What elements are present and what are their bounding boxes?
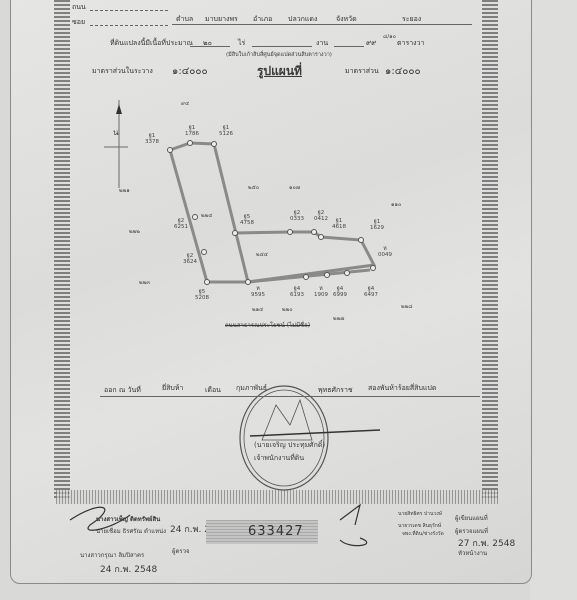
official-title: เจ้าพนักงานที่ดิน — [254, 453, 304, 464]
parcel-number: ๒๒๐ — [282, 307, 293, 313]
left-role: ผู้ตรวจ — [172, 546, 190, 556]
issue-prefix: ออก ณ วันที่ — [104, 385, 141, 396]
issue-era-label: พุทธศักราช — [318, 385, 353, 396]
parcel-number: ๙๔ — [181, 101, 189, 107]
right-role-1: ผู้เขียนแผนที่ — [455, 513, 488, 523]
parcel-number: ๒๒๑ — [119, 188, 130, 194]
issue-year: สองพันห้าร้อยสี่สิบแปด — [368, 383, 436, 394]
parcel-number: ๒๒๗ — [333, 316, 344, 322]
survey-marker: ฐ55208 — [195, 289, 209, 301]
survey-marker: ฐ20333 — [290, 210, 304, 222]
survey-marker: ฐ23624 — [183, 253, 197, 265]
left-signer-3: นางสาวกรุณา ลิมปิสาคร — [80, 550, 144, 560]
right-signer-2: นายวรเดช สินธุรักษ์ — [398, 522, 441, 530]
left-signer-1: นางสาวเพ็ญ ติดทรัพย์สิน — [96, 514, 160, 524]
north-label: น — [113, 126, 118, 139]
survey-map — [0, 0, 577, 600]
survey-marker: ห0049 — [378, 246, 392, 258]
issue-day: ยี่สิบห้า — [162, 383, 183, 394]
parcel-number: ๑๐๗ — [289, 185, 300, 191]
survey-marker: ฐ46193 — [290, 286, 304, 298]
right-role-3: หัวหน้างาน — [458, 548, 487, 558]
survey-marker: ฐ20412 — [314, 210, 328, 222]
parcel-number-subject: ๒๔๔ — [256, 252, 268, 258]
parcel-number: ๒๕๐ — [248, 185, 259, 191]
official-name: (นายเจริญ ประทุมศักดิ์) — [254, 440, 325, 451]
parcel-number: ๒๒๒ — [129, 229, 140, 235]
parcel-number: ๒๒๔ — [201, 213, 212, 219]
survey-marker: ฐ46999 — [333, 286, 347, 298]
survey-marker: ฐ13378 — [145, 133, 159, 145]
parcel-number: ๑๑๐ — [391, 202, 401, 208]
left-signer-2: นายเชื่อม ธิรศรัณ ตำแหน่ง — [96, 526, 166, 536]
survey-marker: ฐ11786 — [185, 125, 199, 137]
right-signer-1: นายสิทธิศร ปานวงษ์ — [398, 510, 442, 518]
survey-marker: ฐ54758 — [240, 214, 254, 226]
parcel-number: ๒๒๓ — [139, 280, 150, 286]
survey-marker: ฐ14618 — [332, 218, 346, 230]
left-date-2: 24 ก.พ. 2548 — [100, 562, 157, 576]
right-signer-position: จพง.ที่ดิน/ช่างรังวัด — [402, 530, 444, 538]
survey-marker: ฐ11629 — [370, 219, 384, 231]
parcel-number: ๒๑๔ — [252, 307, 263, 313]
survey-marker: ฐ46497 — [364, 286, 378, 298]
parcel-number: ๒๒๘ — [401, 304, 413, 310]
survey-marker: ห1909 — [314, 286, 328, 298]
survey-marker: ฐ15126 — [219, 125, 233, 137]
road-label: ถนนสาธารณประโยชน์ (ไม่มีชื่อ) — [225, 320, 310, 330]
survey-marker: ห9595 — [251, 286, 265, 298]
issue-month: กุมภาพันธ์ — [236, 383, 267, 394]
issue-month-label: เดือน — [205, 385, 221, 396]
right-role-2: ผู้ตรวจแผนที่ — [455, 526, 488, 536]
survey-marker: ฐ26251 — [174, 218, 188, 230]
issue-underline — [100, 396, 480, 397]
deed-serial-number: 633427 — [206, 520, 318, 544]
